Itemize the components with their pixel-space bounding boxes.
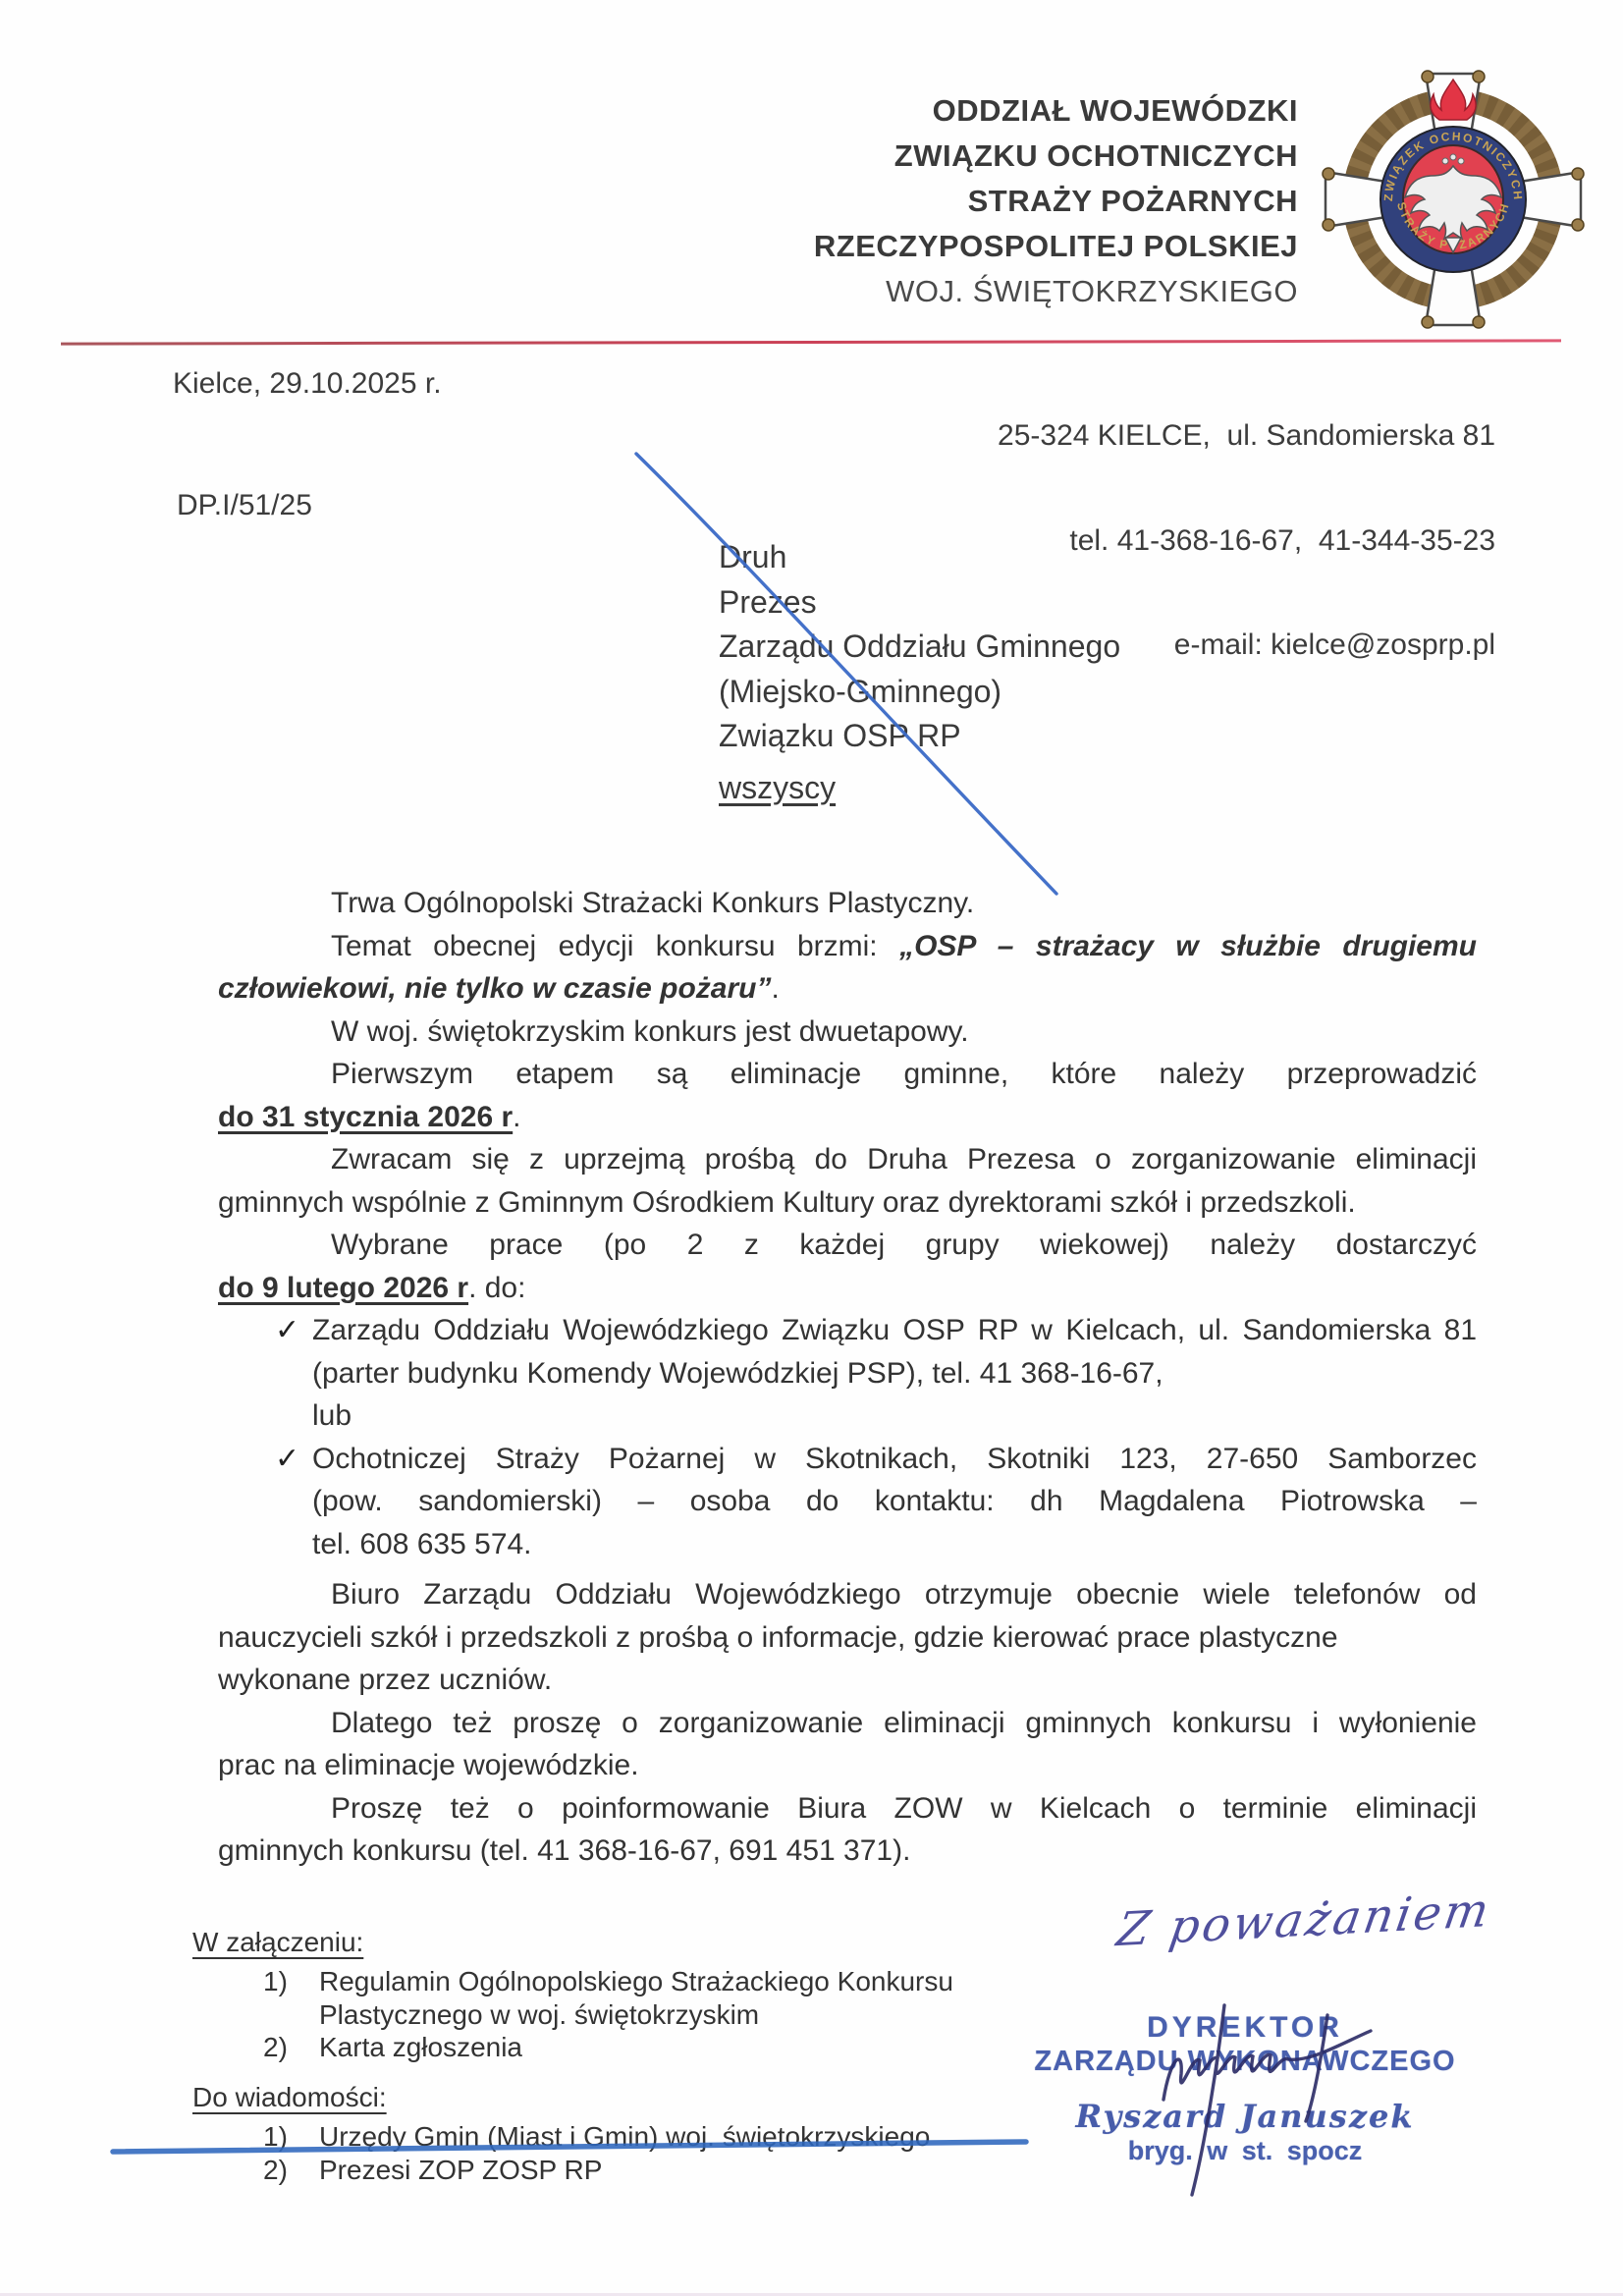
letter-body: Trwa Ogólnopolski Strażacki Konkurs Plas… xyxy=(218,882,1477,1873)
check-bullet-icon: ✓ xyxy=(275,1309,299,1352)
body-line: gminnych konkursu (tel. 41 368-16-67, 69… xyxy=(218,1830,1477,1873)
addressee-line: (Miejsko-Gminnego) xyxy=(719,670,1120,715)
addressee-line: Związku OSP RP xyxy=(719,714,1120,759)
body-text-run: (parter budynku Komendy Wojewódzkiej PSP… xyxy=(312,1357,1163,1390)
body-text-run: Zwracam się z uprzejmą prośbą do Druha P… xyxy=(331,1143,1477,1175)
scanned-letter-page: ODDZIAŁ WOJEWÓDZKI ZWIĄZKU OCHOTNICZYCH … xyxy=(0,0,1623,2296)
check-bullet-icon: ✓ xyxy=(275,1438,299,1481)
list-text: Karta zgłoszenia xyxy=(319,2031,522,2064)
body-line: Trwa Ogólnopolski Strażacki Konkurs Plas… xyxy=(218,882,1477,925)
stamp-title: DYREKTOR xyxy=(1000,2011,1490,2045)
letterhead: ODDZIAŁ WOJEWÓDZKI ZWIĄZKU OCHOTNICZYCH … xyxy=(814,88,1298,314)
body-text-run: „OSP – strażacy w służbie drugiemu xyxy=(899,930,1477,962)
body-text-run: Dlatego też proszę o zorganizowanie elim… xyxy=(331,1707,1477,1739)
body-line: do 9 lutego 2026 r. do: xyxy=(218,1267,1477,1310)
letterhead-org-line: ODDZIAŁ WOJEWÓDZKI xyxy=(814,88,1298,134)
body-text-run: Ochotniczej Straży Pożarnej w Skotnikach… xyxy=(312,1443,1477,1475)
stamp-subtitle: ZARZĄDU WYKONAWCZEGO xyxy=(1000,2046,1490,2078)
body-line: Biuro Zarządu Oddziału Wojewódzkiego otr… xyxy=(218,1573,1477,1616)
body-line: człowiekowi, nie tylko w czasie pożaru”. xyxy=(218,967,1477,1011)
list-number: 1) xyxy=(263,2120,319,2154)
list-number xyxy=(263,1998,319,2032)
body-text-run: nauczycieli szkół i przedszkoli z prośbą… xyxy=(218,1621,1338,1654)
letterhead-org-line: STRAŻY POŻARNYCH xyxy=(814,179,1298,224)
list-number: 1) xyxy=(263,1965,319,1998)
body-text-run: do 9 lutego 2026 r xyxy=(218,1272,468,1304)
body-line: nauczycieli szkół i przedszkoli z prośbą… xyxy=(218,1616,1477,1660)
body-text-run: wykonane przez uczniów. xyxy=(218,1664,552,1696)
stamp-name: Ryszard Januszek xyxy=(1000,2098,1490,2135)
body-text-run: . xyxy=(772,972,780,1005)
body-line: gminnych wspólnie z Gminnym Ośrodkiem Ku… xyxy=(218,1181,1477,1225)
body-line: ✓Ochotniczej Straży Pożarnej w Skotnikac… xyxy=(218,1438,1477,1481)
place-date: Kielce, 29.10.2025 r. xyxy=(173,367,442,401)
body-text-run: Proszę też o poinformowanie Biura ZOW w … xyxy=(331,1792,1477,1825)
body-line: lub xyxy=(218,1394,1477,1438)
addressee-line: Zarządu Oddziału Gminnego xyxy=(719,625,1120,670)
body-line: ✓Zarządu Oddziału Wojewódzkiego Związku … xyxy=(218,1309,1477,1352)
list-row: 1)Urzędy Gmin (Miast i Gmin) woj. święto… xyxy=(192,2120,930,2154)
addressee-block: Druh Prezes Zarządu Oddziału Gminnego (M… xyxy=(719,535,1120,810)
addressee-line: Druh xyxy=(719,535,1120,580)
body-line: Wybrane prace (po 2 z każdej grupy wieko… xyxy=(218,1224,1477,1267)
stamp-rank: bryg. w st. spocz xyxy=(1000,2136,1490,2166)
list-text: Plastycznego w woj. świętokrzyskim xyxy=(319,1998,759,2032)
addressee-line: Prezes xyxy=(719,580,1120,626)
body-text-run: tel. 608 635 574. xyxy=(312,1528,532,1560)
body-text-run: (pow. sandomierski) – osoba do kontaktu:… xyxy=(312,1485,1477,1517)
body-line: prac na eliminacje wojewódzkie. xyxy=(218,1744,1477,1787)
body-text-run: człowiekowi, nie tylko w czasie pożaru” xyxy=(218,972,772,1005)
body-line: wykonane przez uczniów. xyxy=(218,1659,1477,1702)
body-text-run: do 31 stycznia 2026 r xyxy=(218,1101,513,1133)
reference-number: DP.I/51/25 xyxy=(177,489,312,522)
body-text-run: lub xyxy=(312,1399,352,1432)
cc-section: Do wiadomości: 1)Urzędy Gmin (Miast i Gm… xyxy=(192,2082,930,2186)
list-text: Regulamin Ogólnopolskiego Strażackiego K… xyxy=(319,1965,953,1998)
body-line: Dlatego też proszę o zorganizowanie elim… xyxy=(218,1702,1477,1745)
list-row: 2)Prezesi ZOP ZOSP RP xyxy=(192,2154,930,2187)
body-line: do 31 stycznia 2026 r. xyxy=(218,1096,1477,1139)
attachments-section: W załączeniu: 1)Regulamin Ogólnopolskieg… xyxy=(192,1927,953,2064)
list-number: 2) xyxy=(263,2031,319,2064)
body-text-run: W woj. świętokrzyskim konkurs jest dwuet… xyxy=(331,1015,969,1048)
body-text-run: Trwa Ogólnopolski Strażacki Konkurs Plas… xyxy=(331,887,974,919)
body-line: (parter budynku Komendy Wojewódzkiej PSP… xyxy=(218,1352,1477,1395)
list-text: Prezesi ZOP ZOSP RP xyxy=(319,2154,602,2187)
letterhead-org-line: RZECZYPOSPOLITEJ POLSKIEJ xyxy=(814,224,1298,269)
list-row: 2)Karta zgłoszenia xyxy=(192,2031,953,2064)
letterhead-divider xyxy=(61,339,1561,345)
body-text-run: gminnych wspólnie z Gminnym Ośrodkiem Ku… xyxy=(218,1186,1356,1219)
list-row: 1)Regulamin Ogólnopolskiego Strażackiego… xyxy=(192,1965,953,1998)
body-text-run: prac na eliminacje wojewódzkie. xyxy=(218,1749,639,1781)
letterhead-region-line: WOJ. ŚWIĘTOKRZYSKIEGO xyxy=(814,269,1298,314)
list-number: 2) xyxy=(263,2154,319,2187)
body-line: (pow. sandomierski) – osoba do kontaktu:… xyxy=(218,1480,1477,1523)
director-stamp: DYREKTOR ZARZĄDU WYKONAWCZEGO Ryszard Ja… xyxy=(1000,2011,1490,2166)
body-text-run: Wybrane prace (po 2 z każdej grupy wieko… xyxy=(331,1229,1477,1261)
closing-handwritten: Z poważaniem xyxy=(1113,1884,1495,1957)
body-line: W woj. świętokrzyskim konkurs jest dwuet… xyxy=(218,1011,1477,1054)
addressee-emphasis: wszyscy xyxy=(719,766,836,811)
body-text-run: Temat obecnej edycji konkursu brzmi: xyxy=(331,930,899,962)
body-text-run: . do: xyxy=(468,1272,525,1304)
body-text-run: . xyxy=(513,1101,520,1133)
body-line: tel. 608 635 574. xyxy=(218,1523,1477,1566)
contact-address: 25-324 KIELCE, ul. Sandomierska 81 xyxy=(998,418,1495,454)
cc-heading: Do wiadomości: xyxy=(192,2082,930,2113)
zosp-rp-emblem-icon: ZWIĄZEK OCHOTNICZYCH STRAŻY POŻARNYCH xyxy=(1314,63,1593,338)
attachments-heading: W załączeniu: xyxy=(192,1927,953,1958)
body-line: Zwracam się z uprzejmą prośbą do Druha P… xyxy=(218,1138,1477,1181)
body-line: Temat obecnej edycji konkursu brzmi: „OS… xyxy=(218,925,1477,968)
list-text: Urzędy Gmin (Miast i Gmin) woj. świętokr… xyxy=(319,2120,930,2154)
cc-list: 1)Urzędy Gmin (Miast i Gmin) woj. święto… xyxy=(192,2120,930,2186)
list-row: Plastycznego w woj. świętokrzyskim xyxy=(192,1998,953,2032)
attachments-list: 1)Regulamin Ogólnopolskiego Strażackiego… xyxy=(192,1965,953,2064)
body-text-run: Biuro Zarządu Oddziału Wojewódzkiego otr… xyxy=(331,1578,1477,1611)
body-line: Proszę też o poinformowanie Biura ZOW w … xyxy=(218,1787,1477,1831)
body-line: Pierwszym etapem są eliminacje gminne, k… xyxy=(218,1053,1477,1096)
body-text-run: Zarządu Oddziału Wojewódzkiego Związku O… xyxy=(312,1314,1477,1346)
letterhead-org-line: ZWIĄZKU OCHOTNICZYCH xyxy=(814,134,1298,179)
body-text-run: Pierwszym etapem są eliminacje gminne, k… xyxy=(331,1058,1477,1090)
body-text-run: gminnych konkursu (tel. 41 368-16-67, 69… xyxy=(218,1834,910,1867)
